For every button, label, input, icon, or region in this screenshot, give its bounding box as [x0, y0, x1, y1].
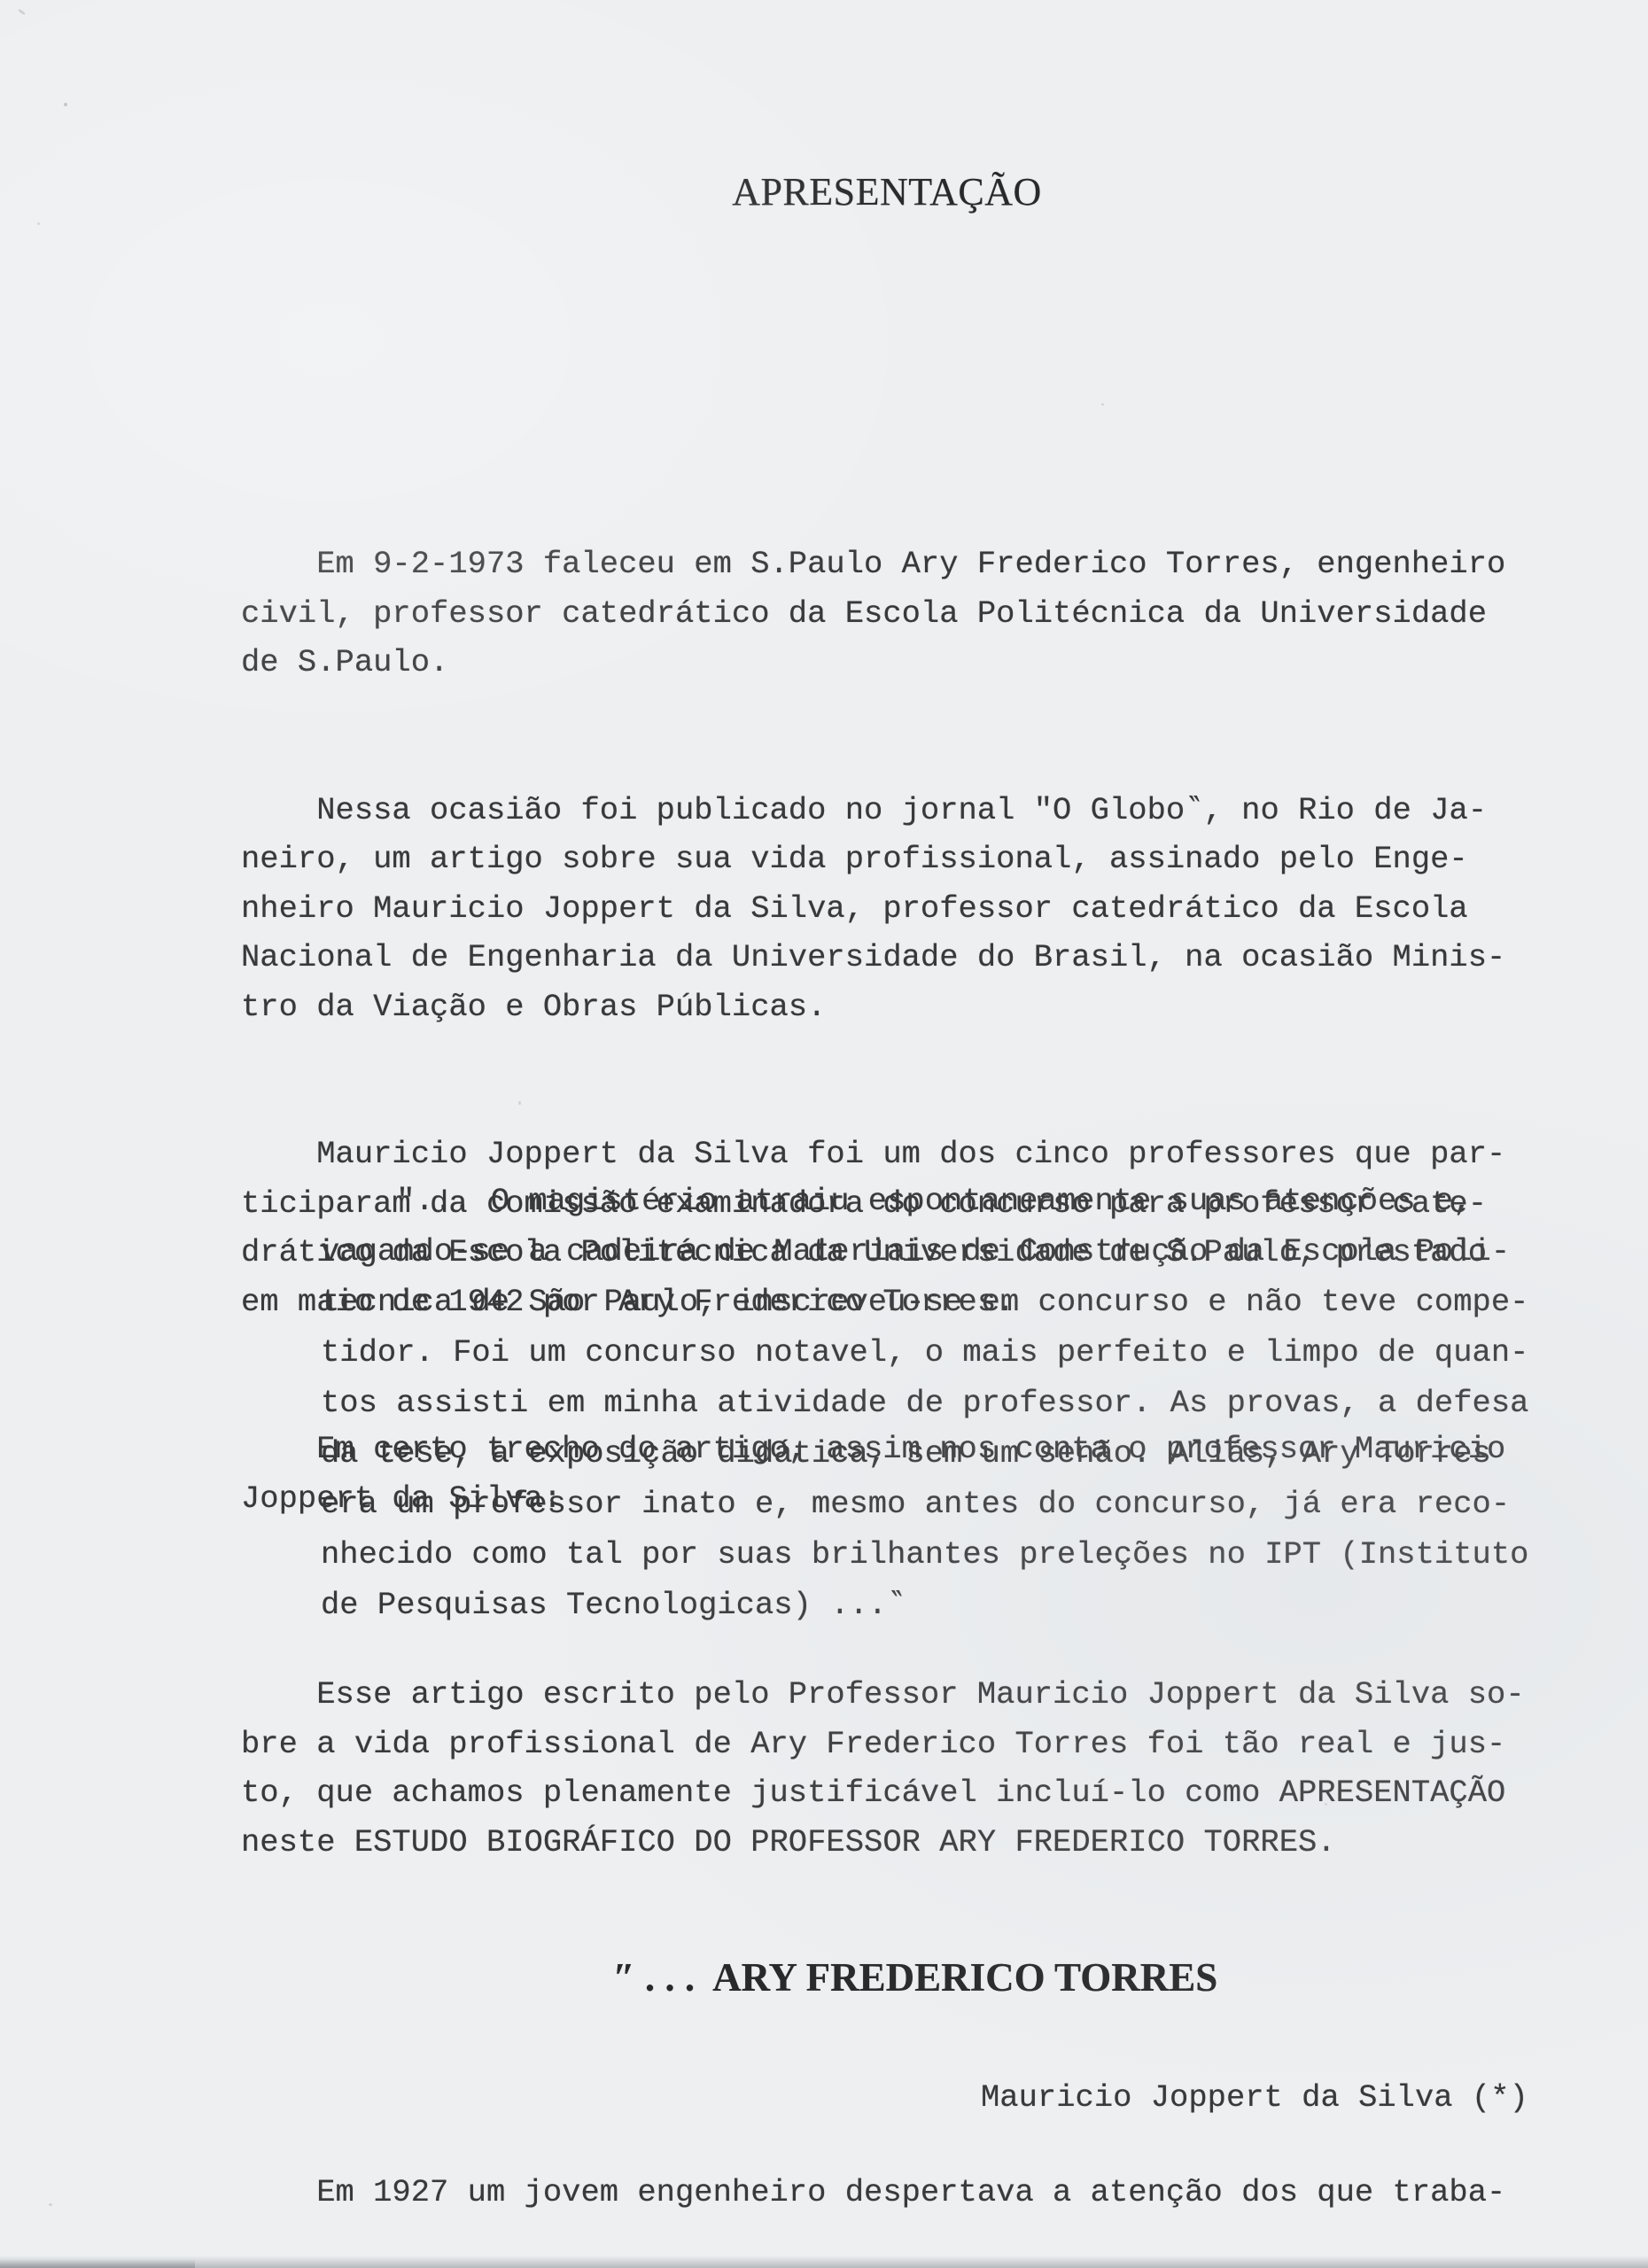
paragraph-1: Em 9-2-1973 faleceu em S.Paulo Ary Frede… — [241, 540, 1505, 687]
paragraph-5: Esse artigo escrito pelo Professor Mauri… — [241, 1670, 1525, 1867]
paper-speck — [49, 2203, 52, 2206]
document-title: APRESENTAÇÃO — [732, 172, 1042, 213]
byline: Mauricio Joppert da Silva (*) — [981, 2073, 1528, 2123]
scan-edge-shadow — [0, 2256, 1648, 2268]
paper-speck — [37, 222, 40, 225]
paragraph-2: Nessa ocasião foi publicado no jornal ″O… — [241, 786, 1505, 1032]
paper-speck — [64, 103, 67, 106]
paper-speck — [18, 9, 26, 16]
block-quote: ″... O magistério atraiu espontaneamente… — [321, 1176, 1528, 1630]
paragraph-6: Em 1927 um jovem engenheiro despertava a… — [241, 2168, 1505, 2218]
paper-speck — [1101, 403, 1104, 406]
scanned-document-page: APRESENTAÇÃO Em 9-2-1973 faleceu em S.Pa… — [0, 0, 1648, 2268]
article-heading: ″ . . . ARY FREDERICO TORRES — [613, 1957, 1218, 1999]
scan-corner-shadow — [0, 2259, 195, 2268]
